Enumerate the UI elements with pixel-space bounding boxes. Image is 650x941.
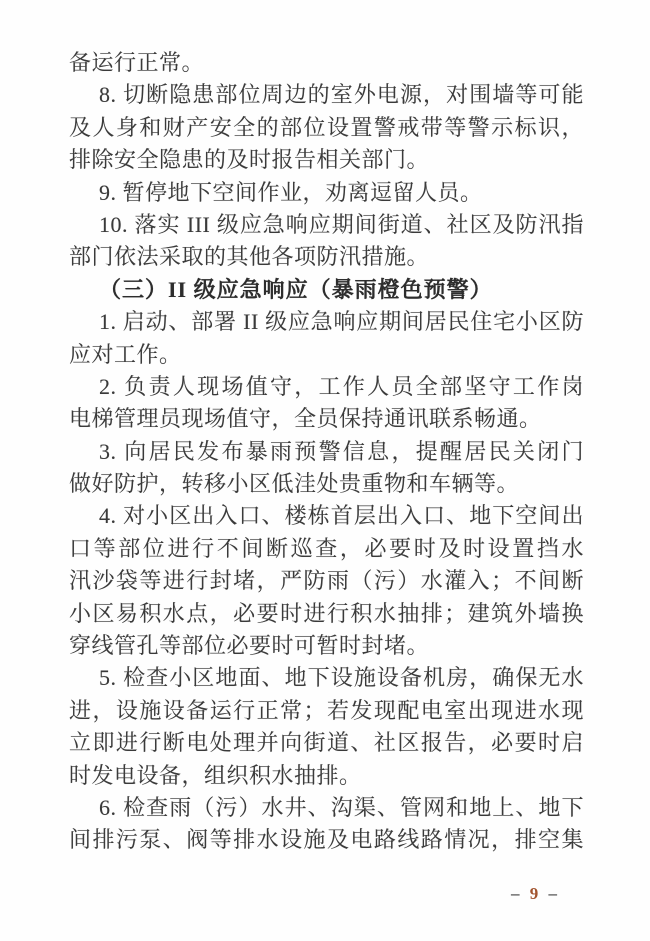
page-number-dash-right: – — [549, 884, 561, 903]
text-line: 部门依法采取的其他各项防汛措施。 — [69, 241, 584, 273]
text-line: 立即进行断电处理并向街道、社区报告，必要时启用临 — [69, 727, 584, 759]
text-line: 排除安全隐患的及时报告相关部门。 — [69, 144, 584, 176]
text-line: 4. 对小区出入口、楼栋首层出入口、地下空间出入 — [69, 500, 584, 532]
page-number-value: 9 — [530, 884, 542, 903]
page-number-dash-left: – — [511, 884, 523, 903]
text-line: 小区易积水点，必要时进行积水抽排；建筑外墙换气窗、 — [69, 598, 584, 630]
page-number: – 9 – — [511, 884, 560, 904]
text-line: 8. 切断隐患部位周边的室外电源，对围墙等可能危 — [69, 79, 584, 111]
text-line: 应对工作。 — [69, 339, 584, 371]
text-line: 9. 暂停地下空间作业，劝离逗留人员。 — [69, 177, 584, 209]
document-text-block: 备运行正常。 8. 切断隐患部位周边的室外电源，对围墙等可能危 及人身和财产安全… — [69, 47, 584, 857]
text-line: 间排污泵、阀等排水设施及电路线路情况，排空集水坑 — [69, 824, 584, 856]
text-line: 汛沙袋等进行封堵，严防雨（污）水灌入；不间断巡查 — [69, 565, 584, 597]
text-line: 3. 向居民发布暴雨预警信息，提醒居民关闭门窗、 — [69, 436, 584, 468]
text-line: 穿线管孔等部位必要时可暂时封堵。 — [69, 630, 584, 662]
text-line: 5. 检查小区地面、地下设施设备机房，确保无水涌 — [69, 662, 584, 694]
text-line: 备运行正常。 — [69, 47, 584, 79]
document-page: 备运行正常。 8. 切断隐患部位周边的室外电源，对围墙等可能危 及人身和财产安全… — [0, 0, 650, 941]
text-line: 1. 启动、部署 II 级应急响应期间居民住宅小区防汛 — [69, 306, 584, 338]
text-line: 电梯管理员现场值守，全员保持通讯联系畅通。 — [69, 403, 584, 435]
section-heading: （三）II 级应急响应（暴雨橙色预警） — [69, 274, 584, 306]
text-line: 2. 负责人现场值守，工作人员全部坚守工作岗位， — [69, 371, 584, 403]
text-line: 做好防护，转移小区低洼处贵重物和车辆等。 — [69, 468, 584, 500]
text-line: 时发电设备，组织积水抽排。 — [69, 760, 584, 792]
text-line: 口等部位进行不间断巡查，必要时及时设置挡水板、防 — [69, 533, 584, 565]
text-line: 进，设施设备运行正常；若发现配电室出现进水现象， — [69, 695, 584, 727]
text-line: 6. 检查雨（污）水井、沟渠、管网和地上、地下空 — [69, 792, 584, 824]
text-line: 10. 落实 III 级应急响应期间街道、社区及防汛指挥 — [69, 209, 584, 241]
text-line: 及人身和财产安全的部位设置警戒带等警示标识，无法 — [69, 112, 584, 144]
